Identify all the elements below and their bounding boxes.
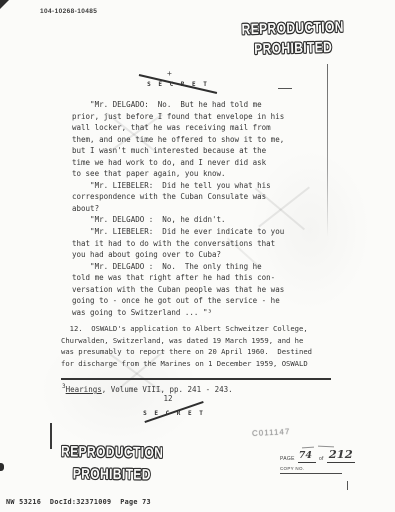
text-line: "Mr. LIEBELER: Did he tell you what his (72, 180, 284, 192)
page-label: PAGE (280, 456, 295, 463)
record-identification-number: 104-10268-10485 (40, 8, 97, 15)
page-of-pages-stamp: PAGE 74 of 212 COPY NO. (280, 449, 350, 474)
classification-header-struck: S E C R E T (133, 81, 223, 88)
text-line: correspondence with the Cuban Consulate … (72, 191, 284, 203)
scan-corner-artifact (0, 0, 9, 9)
text-line: them, and one time he offered to show it… (72, 134, 284, 146)
text-line: going to - once he got out of the servic… (72, 295, 284, 307)
text-line: you had about going over to Cuba? (72, 249, 284, 261)
text-line: was going to Switzerland ... "³ (72, 307, 284, 319)
footnote-reference: , Volume VIII, pp. 241 - 243. (102, 385, 233, 394)
text-line: "Mr. DELGADO: No. But he had told me (72, 99, 284, 111)
text-line: that it had to do with the conversations… (72, 238, 284, 250)
scribble-line (318, 446, 334, 448)
typed-page-number: 12 (158, 394, 178, 403)
text-line: told me was that right after he had this… (72, 272, 284, 284)
archive-footer: NW 53216 DocId:32371009 Page 73 (6, 498, 151, 506)
text-line: about? (72, 203, 284, 215)
footnote-separator-rule (61, 378, 331, 380)
stamp-line: PROHIBITED (56, 463, 168, 487)
testimony-quote-block: "Mr. DELGADO: No. But he had told meprio… (72, 99, 284, 318)
pencil-scribble (302, 445, 336, 451)
scan-edge-artifact (0, 463, 4, 471)
text-line: "Mr. LIEBELER: Did he ever indicate to y… (72, 226, 284, 238)
handwritten-page-number: 74 (298, 451, 316, 463)
stamp-line: REPRODUCTION (240, 18, 344, 41)
text-line: but I wasn't much interested because at … (72, 145, 284, 157)
text-line: was presumably to report there on 20 Apr… (61, 346, 312, 358)
text-line: "Mr. DELGADO : No. The only thing he (72, 261, 284, 273)
pencil-mark: + (167, 69, 172, 78)
text-line: for discharge from the Marines on 1 Dece… (61, 358, 312, 370)
classification-footer-struck: S E C R E T (129, 410, 219, 417)
copy-number-label: COPY NO. (280, 466, 342, 474)
text-line: Churwalden, Switzerland, was dated 19 Ma… (61, 335, 312, 347)
stamp-line: REPRODUCTION (56, 441, 168, 465)
text-line: time we had work to do, and I never did … (72, 157, 284, 169)
text-line: wall locker, that he was receiving mail … (72, 122, 284, 134)
reproduction-prohibited-stamp-top: REPRODUCTION PROHIBITED (240, 18, 345, 61)
text-line: versation with the Cuban people was that… (72, 284, 284, 296)
control-number-smudge: C011147 (252, 427, 291, 438)
pencil-dash-mark (278, 88, 292, 89)
page-stamp-row: PAGE 74 of 212 (280, 449, 350, 463)
footnote-citation: 3Hearings, Volume VIII, pp. 241 - 243. (62, 383, 233, 394)
text-line: to see that paper again, you know. (72, 168, 284, 180)
reproduction-prohibited-stamp-bottom: REPRODUCTION PROHIBITED (56, 441, 169, 487)
of-label: of (319, 456, 324, 463)
scribble-line (302, 447, 314, 449)
scanned-document-page: 104-10268-10485 REPRODUCTION PROHIBITED … (0, 0, 395, 512)
text-line: "Mr. DELGADO : No, he didn't. (72, 214, 284, 226)
handwritten-total-pages: 212 (327, 449, 355, 463)
scan-fold-line (327, 64, 328, 237)
text-line: 12. OSWALD's application to Albert Schwe… (61, 323, 312, 335)
text-line: prior, just before I found that envelope… (72, 111, 284, 123)
report-paragraph-12: 12. OSWALD's application to Albert Schwe… (61, 323, 312, 369)
footnote-source: Hearings (66, 385, 102, 394)
scan-tick-mark (50, 423, 52, 449)
stamp-line: PROHIBITED (241, 38, 345, 61)
scan-tick-mark (347, 481, 348, 490)
